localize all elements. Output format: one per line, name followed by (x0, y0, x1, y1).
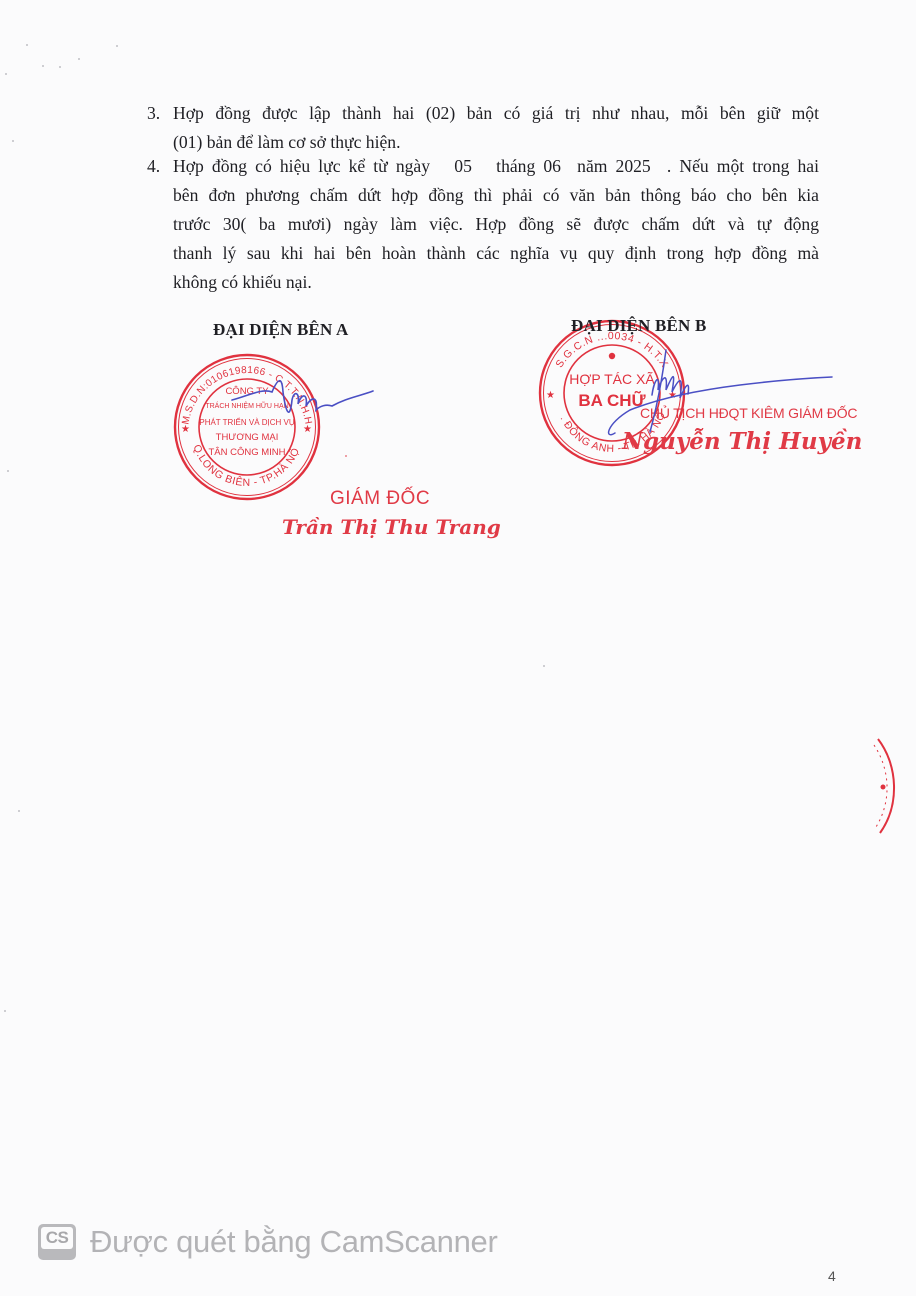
watermark-text: Được quét bằng CamScanner (90, 1224, 498, 1260)
camscanner-logo-icon: CS (38, 1224, 76, 1260)
clause-line: Hợp đồng có hiệu lực kể từ ngày 05 tháng… (173, 152, 819, 181)
page-number: 4 (828, 1268, 836, 1284)
party-b-name: Nguyễn Thị Huyền (622, 428, 862, 455)
stamp-line: TRÁCH NHIỆM HỮU HẠN (205, 401, 288, 410)
party-a-heading: ĐẠI DIỆN BÊN A (213, 320, 349, 340)
clause-line: bên đơn phương chấm dứt hợp đồng thì phả… (173, 181, 819, 210)
clause-line: Hợp đồng được lập thành hai (02) bản có … (173, 99, 819, 128)
clause-line: trước 30( ba mươi) ngày làm việc. Hợp đồ… (173, 210, 819, 239)
stamp-line: BA CHỮ (578, 390, 646, 410)
party-a-role: GIÁM ĐỐC (330, 488, 430, 510)
clause-3: 3. Hợp đồng được lập thành hai (02) bản … (147, 99, 819, 157)
party-b-signature (0, 0, 916, 600)
clause-line: thanh lý sau khi hai bên hoàn thành các … (173, 239, 819, 268)
clause-line: không có khiếu nại. (173, 268, 819, 297)
party-a-name: Trần Thị Thu Trang (282, 515, 501, 539)
camscanner-watermark: CS Được quét bằng CamScanner (38, 1224, 498, 1260)
svg-text:★: ★ (668, 390, 677, 401)
svg-text:★: ★ (303, 424, 312, 435)
clause-number: 4. (147, 152, 160, 181)
clause-number: 3. (147, 99, 160, 128)
party-a-signature (0, 0, 916, 600)
stamp-line: THƯƠNG MẠI (216, 432, 279, 443)
stamp-line: CÔNG TY (225, 386, 269, 397)
stamp-line: HỢP TÁC XÃ (569, 371, 655, 387)
svg-text:★: ★ (546, 390, 555, 401)
clause-4: 4. Hợp đồng có hiệu lực kể từ ngày 05 th… (147, 152, 819, 297)
party-b-heading: ĐẠI DIỆN BÊN B (571, 316, 707, 336)
party-b-role: CHỦ TỊCH HĐQT KIÊM GIÁM ĐỐC (640, 405, 857, 421)
stamp-line: TÂN CÔNG MINH (208, 447, 285, 458)
party-a-stamp: M.S.D.N:0106198166 - C.T.T.N.H.H Q.LONG … (172, 352, 322, 502)
stamp-line: PHÁT TRIỂN VÀ DỊCH VỤ (199, 418, 295, 427)
edge-stamp-fragment (870, 735, 910, 835)
svg-text:★: ★ (181, 424, 190, 435)
